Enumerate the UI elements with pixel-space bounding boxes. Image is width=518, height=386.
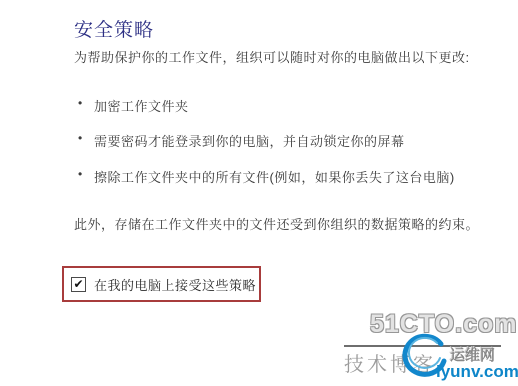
bullet-item: • 加密工作文件夹 xyxy=(78,96,189,115)
bullet-item: • 擦除工作文件夹中的所有文件(例如，如果你丢失了这台电脑) xyxy=(78,167,455,186)
bullet-item-label: 需要密码才能登录到你的电脑，并自动锁定你的屏幕 xyxy=(94,131,405,150)
check-icon: ✔ xyxy=(73,278,83,290)
bullet-item-label: 擦除工作文件夹中的所有文件(例如，如果你丢失了这台电脑) xyxy=(94,167,455,186)
watermark-domain-text: iyunv.com xyxy=(436,362,518,382)
bullet-icon: • xyxy=(78,131,94,145)
accept-policies-checkbox[interactable]: ✔ xyxy=(71,277,86,292)
note-text: 此外，存储在工作文件夹中的文件还受到你组织的数据策略的约束。 xyxy=(74,214,494,233)
watermark: 51CTO.com 技术博客 运维网 iyunv.com xyxy=(340,306,518,386)
bullet-item: • 需要密码才能登录到你的电脑，并自动锁定你的屏幕 xyxy=(78,131,405,150)
bullet-item-label: 加密工作文件夹 xyxy=(94,96,189,115)
bullet-icon: • xyxy=(78,167,94,181)
annotation-highlight-box: ✔ 在我的电脑上接受这些策略 xyxy=(62,266,261,302)
bullet-icon: • xyxy=(78,96,94,110)
accept-policies-label[interactable]: 在我的电脑上接受这些策略 xyxy=(94,275,256,294)
intro-text: 为帮助保护你的工作文件，组织可以随时对你的电脑做出以下更改: xyxy=(74,47,494,66)
page-title: 安全策略 xyxy=(74,15,154,42)
